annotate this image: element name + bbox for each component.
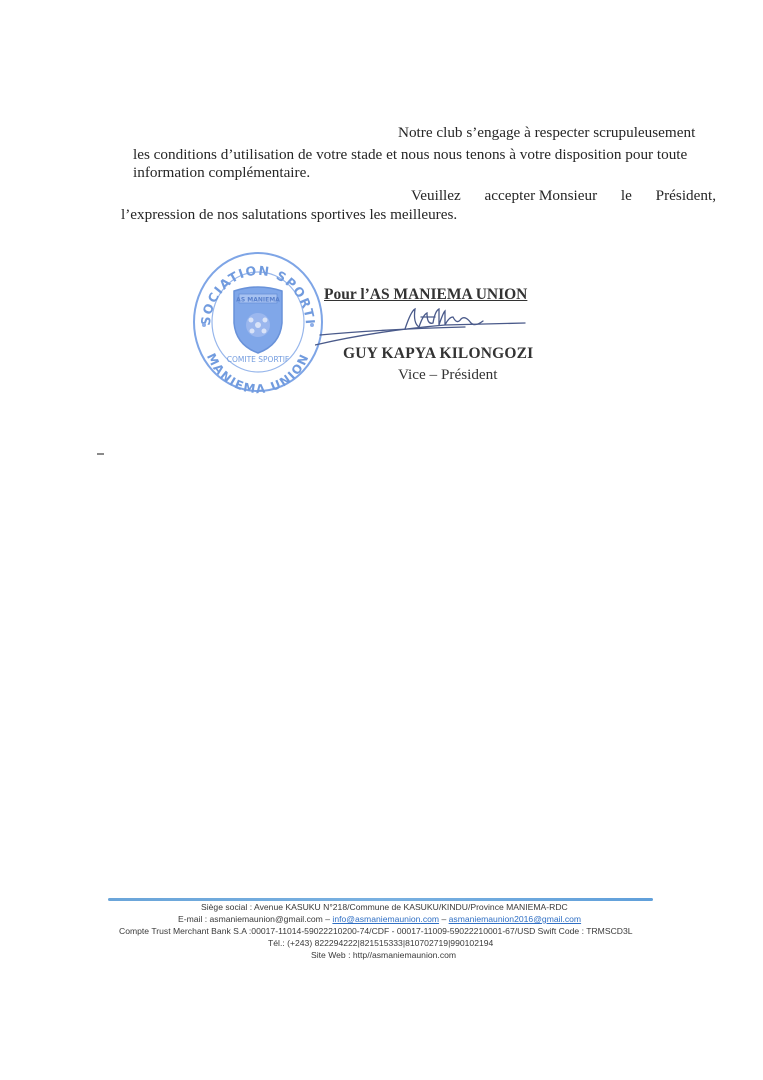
footer-email-separator: – (439, 914, 449, 924)
closing-line-2-text: l’expression de nos salutations sportive… (121, 206, 457, 223)
closing-word: le (621, 187, 632, 205)
paragraph-1-line-3-text: information complémentaire. (133, 164, 310, 181)
paragraph-1-line-1: Notre club s’engage à respecter scrupule… (398, 124, 695, 142)
footer-bank: Compte Trust Merchant Bank S.A :00017-11… (119, 926, 633, 937)
footer-website: Site Web : http//asmaniemaunion.com (311, 950, 456, 961)
footer-email-line: E-mail : asmaniemaunion@gmail.com – info… (178, 914, 581, 925)
footer-address: Siège social : Avenue KASUKU N°218/Commu… (201, 902, 568, 913)
paragraph-1-line-3: information complémentaire. (133, 164, 310, 182)
signatory-role: Vice – Président (398, 366, 497, 384)
signature-title: Pour l’AS MANIEMA UNION (324, 286, 527, 304)
closing-word: Veuillez (411, 187, 461, 205)
closing-line-1: Veuillez accepter Monsieur le Président, (411, 187, 716, 205)
stamp-crest-label: AS MANIEMA (236, 297, 280, 304)
closing-line-2: l’expression de nos salutations sportive… (121, 206, 457, 224)
official-seal-icon: ASSOCIATION SPORTIVE MANIEMA UNION AS MA… (190, 249, 326, 395)
paragraph-1-line-2: les conditions d’utilisation de votre st… (133, 146, 717, 164)
paragraph-1-line-2-text: les conditions d’utilisation de votre st… (133, 146, 687, 163)
footer-divider (108, 898, 653, 901)
letter-page: Notre club s’engage à respecter scrupule… (0, 0, 763, 1080)
signatory-name: GUY KAPYA KILONGOZI (343, 345, 533, 363)
paragraph-1-line-1-text: Notre club s’engage à respecter scrupule… (398, 124, 695, 141)
footer-email-label: E-mail : asmaniemaunion@gmail.com – (178, 914, 332, 924)
closing-word: accepter Monsieur (485, 187, 598, 205)
stamp-inner-text: COMITE SPORTIF (227, 355, 290, 364)
footer-email-link-info[interactable]: info@asmaniemaunion.com (332, 914, 439, 924)
footer-email-link-gmail[interactable]: asmaniemaunion2016@gmail.com (449, 914, 581, 924)
stray-mark (97, 453, 104, 455)
closing-word: Président, (656, 187, 716, 205)
footer-phone: Tél.: (+243) 822294222|821515333|8107027… (268, 938, 493, 949)
